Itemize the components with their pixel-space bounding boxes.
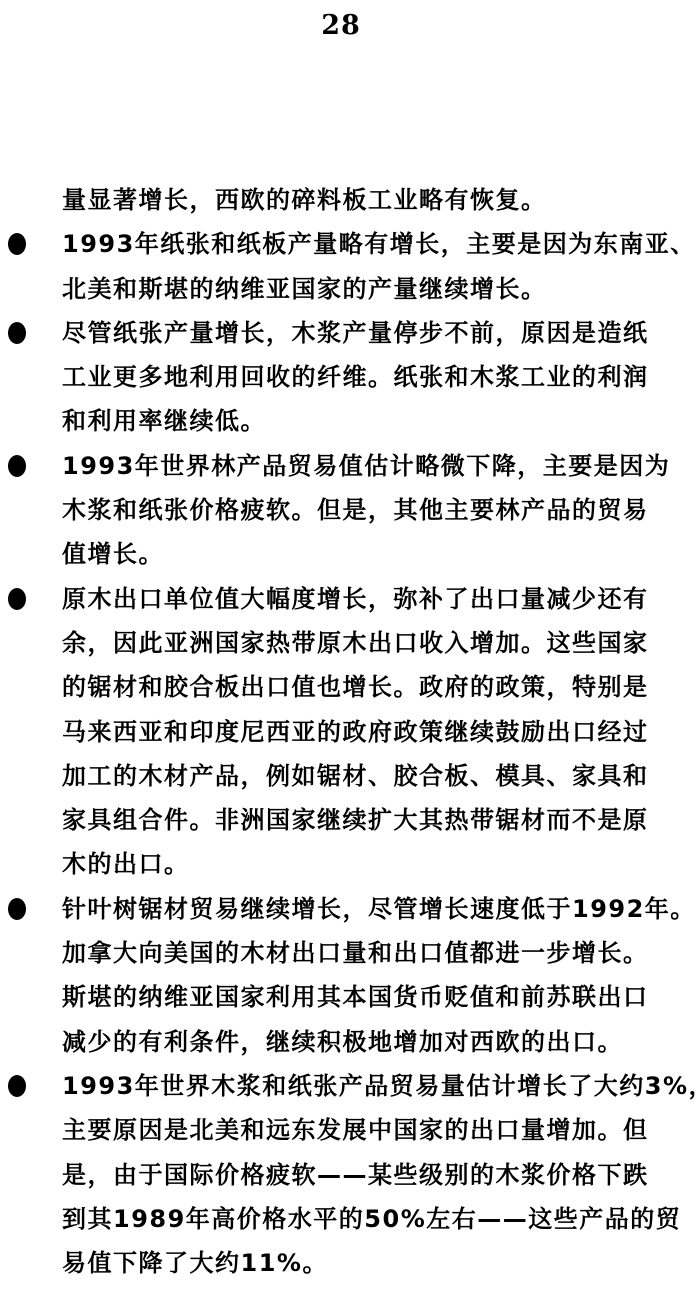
text-line: 量显著增长，西欧的碎料板工业略有恢复。 — [0, 178, 698, 222]
line-text: 加拿大向美国的木材出口量和出口值都进一步增长。 — [62, 939, 649, 967]
line-text: 是，由于国际价格疲软——某些级别的木浆价格下跌 — [62, 1161, 649, 1189]
text-line: 加拿大向美国的木材出口量和出口值都进一步增长。 — [0, 931, 698, 975]
text-line: 主要原因是北美和远东发展中国家的出口量增加。但 — [0, 1108, 698, 1152]
text-line: 和利用率继续低。 — [0, 399, 698, 443]
text-line: 值增长。 — [0, 532, 698, 576]
line-text: 木浆和纸张价格疲软。但是，其他主要林产品的贸易 — [62, 496, 649, 524]
text-line: 1993年世界木浆和纸张产品贸易量估计增长了大约3%， — [0, 1064, 698, 1108]
line-text: 原木出口单位值大幅度增长，弥补了出口量减少还有 — [62, 585, 649, 613]
line-text: 到其1989年高价格水平的50%左右——这些产品的贸 — [62, 1205, 681, 1233]
text-line: 是，由于国际价格疲软——某些级别的木浆价格下跌 — [0, 1153, 698, 1197]
line-text: 和利用率继续低。 — [62, 407, 266, 435]
line-text: 工业更多地利用回收的纤维。纸张和木浆工业的利润 — [62, 363, 649, 391]
scanned-document-page: { "page": { "number": "28" }, "colors": … — [0, 0, 698, 1292]
line-text: 1993年纸张和纸板产量略有增长，主要是因为东南亚、 — [62, 230, 696, 258]
bullet-icon — [8, 898, 26, 920]
text-line: 原木出口单位值大幅度增长，弥补了出口量减少还有 — [0, 577, 698, 621]
bullet-icon — [8, 588, 26, 610]
text-line: 1993年世界林产品贸易值估计略微下降，主要是因为 — [0, 444, 698, 488]
line-text: 余，因此亚洲国家热带原木出口收入增加。这些国家 — [62, 629, 649, 657]
line-text: 马来西亚和印度尼西亚的政府政策继续鼓励出口经过 — [62, 718, 649, 746]
line-text: 减少的有利条件，继续积极地增加对西欧的出口。 — [62, 1028, 623, 1056]
text-line: 加工的木材产品，例如锯材、胶合板、模具、家具和 — [0, 754, 698, 798]
bullet-icon — [8, 322, 26, 344]
text-line: 针叶树锯材贸易继续增长，尽管增长速度低于1992年。 — [0, 887, 698, 931]
line-text: 值增长。 — [62, 540, 164, 568]
line-text: 木的出口。 — [62, 850, 190, 878]
line-text: 针叶树锯材贸易继续增长，尽管增长速度低于1992年。 — [62, 895, 696, 923]
text-line: 家具组合件。非洲国家继续扩大其热带锯材而不是原 — [0, 798, 698, 842]
text-line: 马来西亚和印度尼西亚的政府政策继续鼓励出口经过 — [0, 710, 698, 754]
document-body: 量显著增长，西欧的碎料板工业略有恢复。 1993年纸张和纸板产量略有增长，主要是… — [0, 178, 698, 1285]
text-line: 木的出口。 — [0, 842, 698, 886]
text-line: 北美和斯堪的纳维亚国家的产量继续增长。 — [0, 267, 698, 311]
line-text: 北美和斯堪的纳维亚国家的产量继续增长。 — [62, 275, 547, 303]
text-line: 斯堪的纳维亚国家利用其本国货币贬值和前苏联出口 — [0, 975, 698, 1019]
bullet-icon — [8, 1075, 26, 1097]
bullet-icon — [8, 455, 26, 477]
text-line: 易值下降了大约11%。 — [0, 1241, 698, 1285]
line-text: 易值下降了大约11%。 — [62, 1249, 328, 1277]
line-text: 主要原因是北美和远东发展中国家的出口量增加。但 — [62, 1116, 649, 1144]
text-line: 减少的有利条件，继续积极地增加对西欧的出口。 — [0, 1020, 698, 1064]
line-text: 家具组合件。非洲国家继续扩大其热带锯材而不是原 — [62, 806, 649, 834]
line-text: 加工的木材产品，例如锯材、胶合板、模具、家具和 — [62, 762, 649, 790]
text-line: 尽管纸张产量增长，木浆产量停步不前，原因是造纸 — [0, 311, 698, 355]
text-line: 余，因此亚洲国家热带原木出口收入增加。这些国家 — [0, 621, 698, 665]
line-text: 的锯材和胶合板出口值也增长。政府的政策，特别是 — [62, 673, 649, 701]
text-line: 1993年纸张和纸板产量略有增长，主要是因为东南亚、 — [0, 222, 698, 266]
line-text: 尽管纸张产量增长，木浆产量停步不前，原因是造纸 — [62, 319, 649, 347]
text-line: 木浆和纸张价格疲软。但是，其他主要林产品的贸易 — [0, 488, 698, 532]
text-line: 的锯材和胶合板出口值也增长。政府的政策，特别是 — [0, 665, 698, 709]
line-text: 量显著增长，西欧的碎料板工业略有恢复。 — [62, 186, 547, 214]
line-text: 1993年世界木浆和纸张产品贸易量估计增长了大约3%， — [62, 1072, 698, 1100]
bullet-icon — [8, 233, 26, 255]
line-text: 斯堪的纳维亚国家利用其本国货币贬值和前苏联出口 — [62, 983, 649, 1011]
text-line: 到其1989年高价格水平的50%左右——这些产品的贸 — [0, 1197, 698, 1241]
text-line: 工业更多地利用回收的纤维。纸张和木浆工业的利润 — [0, 355, 698, 399]
line-text: 1993年世界林产品贸易值估计略微下降，主要是因为 — [62, 452, 670, 480]
page-number: 28 — [0, 10, 682, 41]
